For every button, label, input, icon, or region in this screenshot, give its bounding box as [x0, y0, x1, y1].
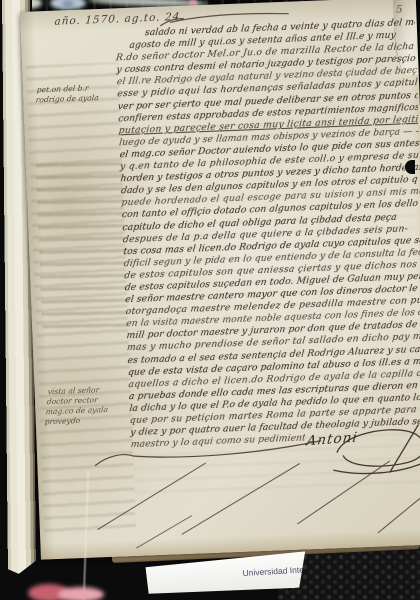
- manuscript-photo: año. 1570. ag.to. 24. 5 pet.on del b.rro…: [0, 0, 420, 600]
- cancellation-slash: [377, 486, 420, 532]
- right-edge-clip: [405, 160, 415, 174]
- pen-flourishes: [20, 0, 420, 560]
- cancellation-slash: [296, 461, 392, 524]
- archive-label-text: Universidad Inte: [242, 564, 304, 578]
- blurred-finger-object: [58, 587, 104, 600]
- background-blur-object: [62, 0, 74, 8]
- cancellation-slash: [180, 464, 302, 535]
- manuscript-page: año. 1570. ag.to. 24. 5 pet.on del b.rro…: [20, 0, 420, 560]
- closing-underline-flourish: [95, 441, 321, 466]
- signature-rubric-flourish: [332, 424, 420, 474]
- cancellation-slash: [96, 463, 208, 529]
- header-flourish: [160, 12, 288, 25]
- cancellation-slash: [136, 516, 193, 548]
